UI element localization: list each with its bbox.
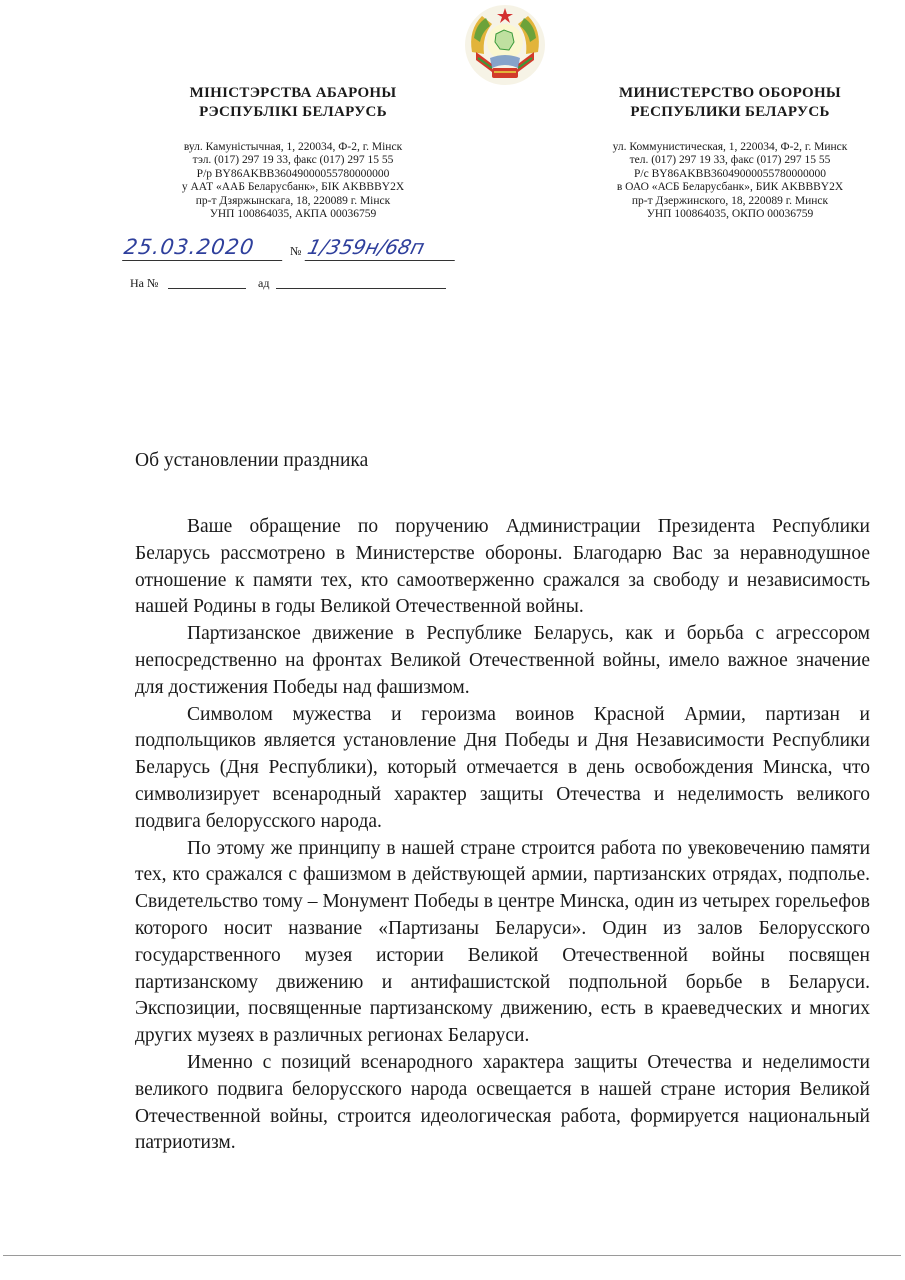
letter-body: Ваше обращение по поручению Администраци… bbox=[135, 514, 870, 1157]
reference-row: На № ад bbox=[130, 276, 470, 292]
header-belarusian: МІНІСТЭРСТВА АБАРОНЫ РЭСПУБЛІКІ БЕЛАРУСЬ… bbox=[118, 84, 468, 221]
reference-date-blank bbox=[276, 288, 446, 289]
registration-row: 25.03.2020 № 1/359н/68п bbox=[124, 234, 464, 264]
registration-date: 25.03.2020 bbox=[122, 234, 286, 261]
account-line: Р/р BY86AKBB36049000055780000000 bbox=[118, 168, 468, 181]
tax-id-line: УНП 100864035, АКПА 00036759 bbox=[118, 208, 468, 221]
org-title-be: МІНІСТЭРСТВА АБАРОНЫ РЭСПУБЛІКІ БЕЛАРУСЬ bbox=[118, 84, 468, 122]
page-edge-divider bbox=[3, 1255, 901, 1256]
phone-line: тэл. (017) 297 19 33, факс (017) 297 15 … bbox=[118, 154, 468, 167]
phone-line: тел. (017) 297 19 33, факс (017) 297 15 … bbox=[570, 154, 890, 167]
paragraph: Именно с позиций всенародного характера … bbox=[135, 1050, 870, 1157]
letter-subject: Об установлении праздника bbox=[135, 450, 368, 472]
tax-id-line: УНП 100864035, ОКПО 00036759 bbox=[570, 208, 890, 221]
account-line: Р/с BY86AKBB36049000055780000000 bbox=[570, 168, 890, 181]
reference-from-label: ад bbox=[258, 276, 269, 291]
org-title-ru: МИНИСТЕРСТВО ОБОРОНЫ РЕСПУБЛИКИ БЕЛАРУСЬ bbox=[570, 84, 890, 122]
state-emblem-icon bbox=[462, 2, 548, 88]
address-line: ул. Коммунистическая, 1, 220034, Ф-2, г.… bbox=[570, 141, 890, 154]
org-details-be: вул. Камуністычная, 1, 220034, Ф-2, г. М… bbox=[118, 141, 468, 221]
reference-label: На № bbox=[130, 276, 158, 291]
paragraph: По этому же принципу в нашей стране стро… bbox=[135, 836, 870, 1050]
paragraph: Символом мужества и героизма воинов Крас… bbox=[135, 702, 870, 836]
bank-line: в ОАО «АСБ Беларусбанк», БИК AKBBBY2X bbox=[570, 181, 890, 194]
reference-number-blank bbox=[168, 288, 246, 289]
bank-line: у ААТ «ААБ Беларусбанк», БІК AKBBBY2X bbox=[118, 181, 468, 194]
org-details-ru: ул. Коммунистическая, 1, 220034, Ф-2, г.… bbox=[570, 141, 890, 221]
header-russian: МИНИСТЕРСТВО ОБОРОНЫ РЕСПУБЛИКИ БЕЛАРУСЬ… bbox=[570, 84, 890, 221]
address-line: вул. Камуністычная, 1, 220034, Ф-2, г. М… bbox=[118, 141, 468, 154]
paragraph: Партизанское движение в Республике Белар… bbox=[135, 621, 870, 701]
number-label: № bbox=[290, 244, 301, 259]
registration-number: 1/359н/68п bbox=[305, 234, 462, 261]
bank-address-line: пр-т Дзержинского, 18, 220089 г. Минск bbox=[570, 195, 890, 208]
paragraph: Ваше обращение по поручению Администраци… bbox=[135, 514, 870, 621]
bank-address-line: пр-т Дзяржынскага, 18, 220089 г. Мінск bbox=[118, 195, 468, 208]
